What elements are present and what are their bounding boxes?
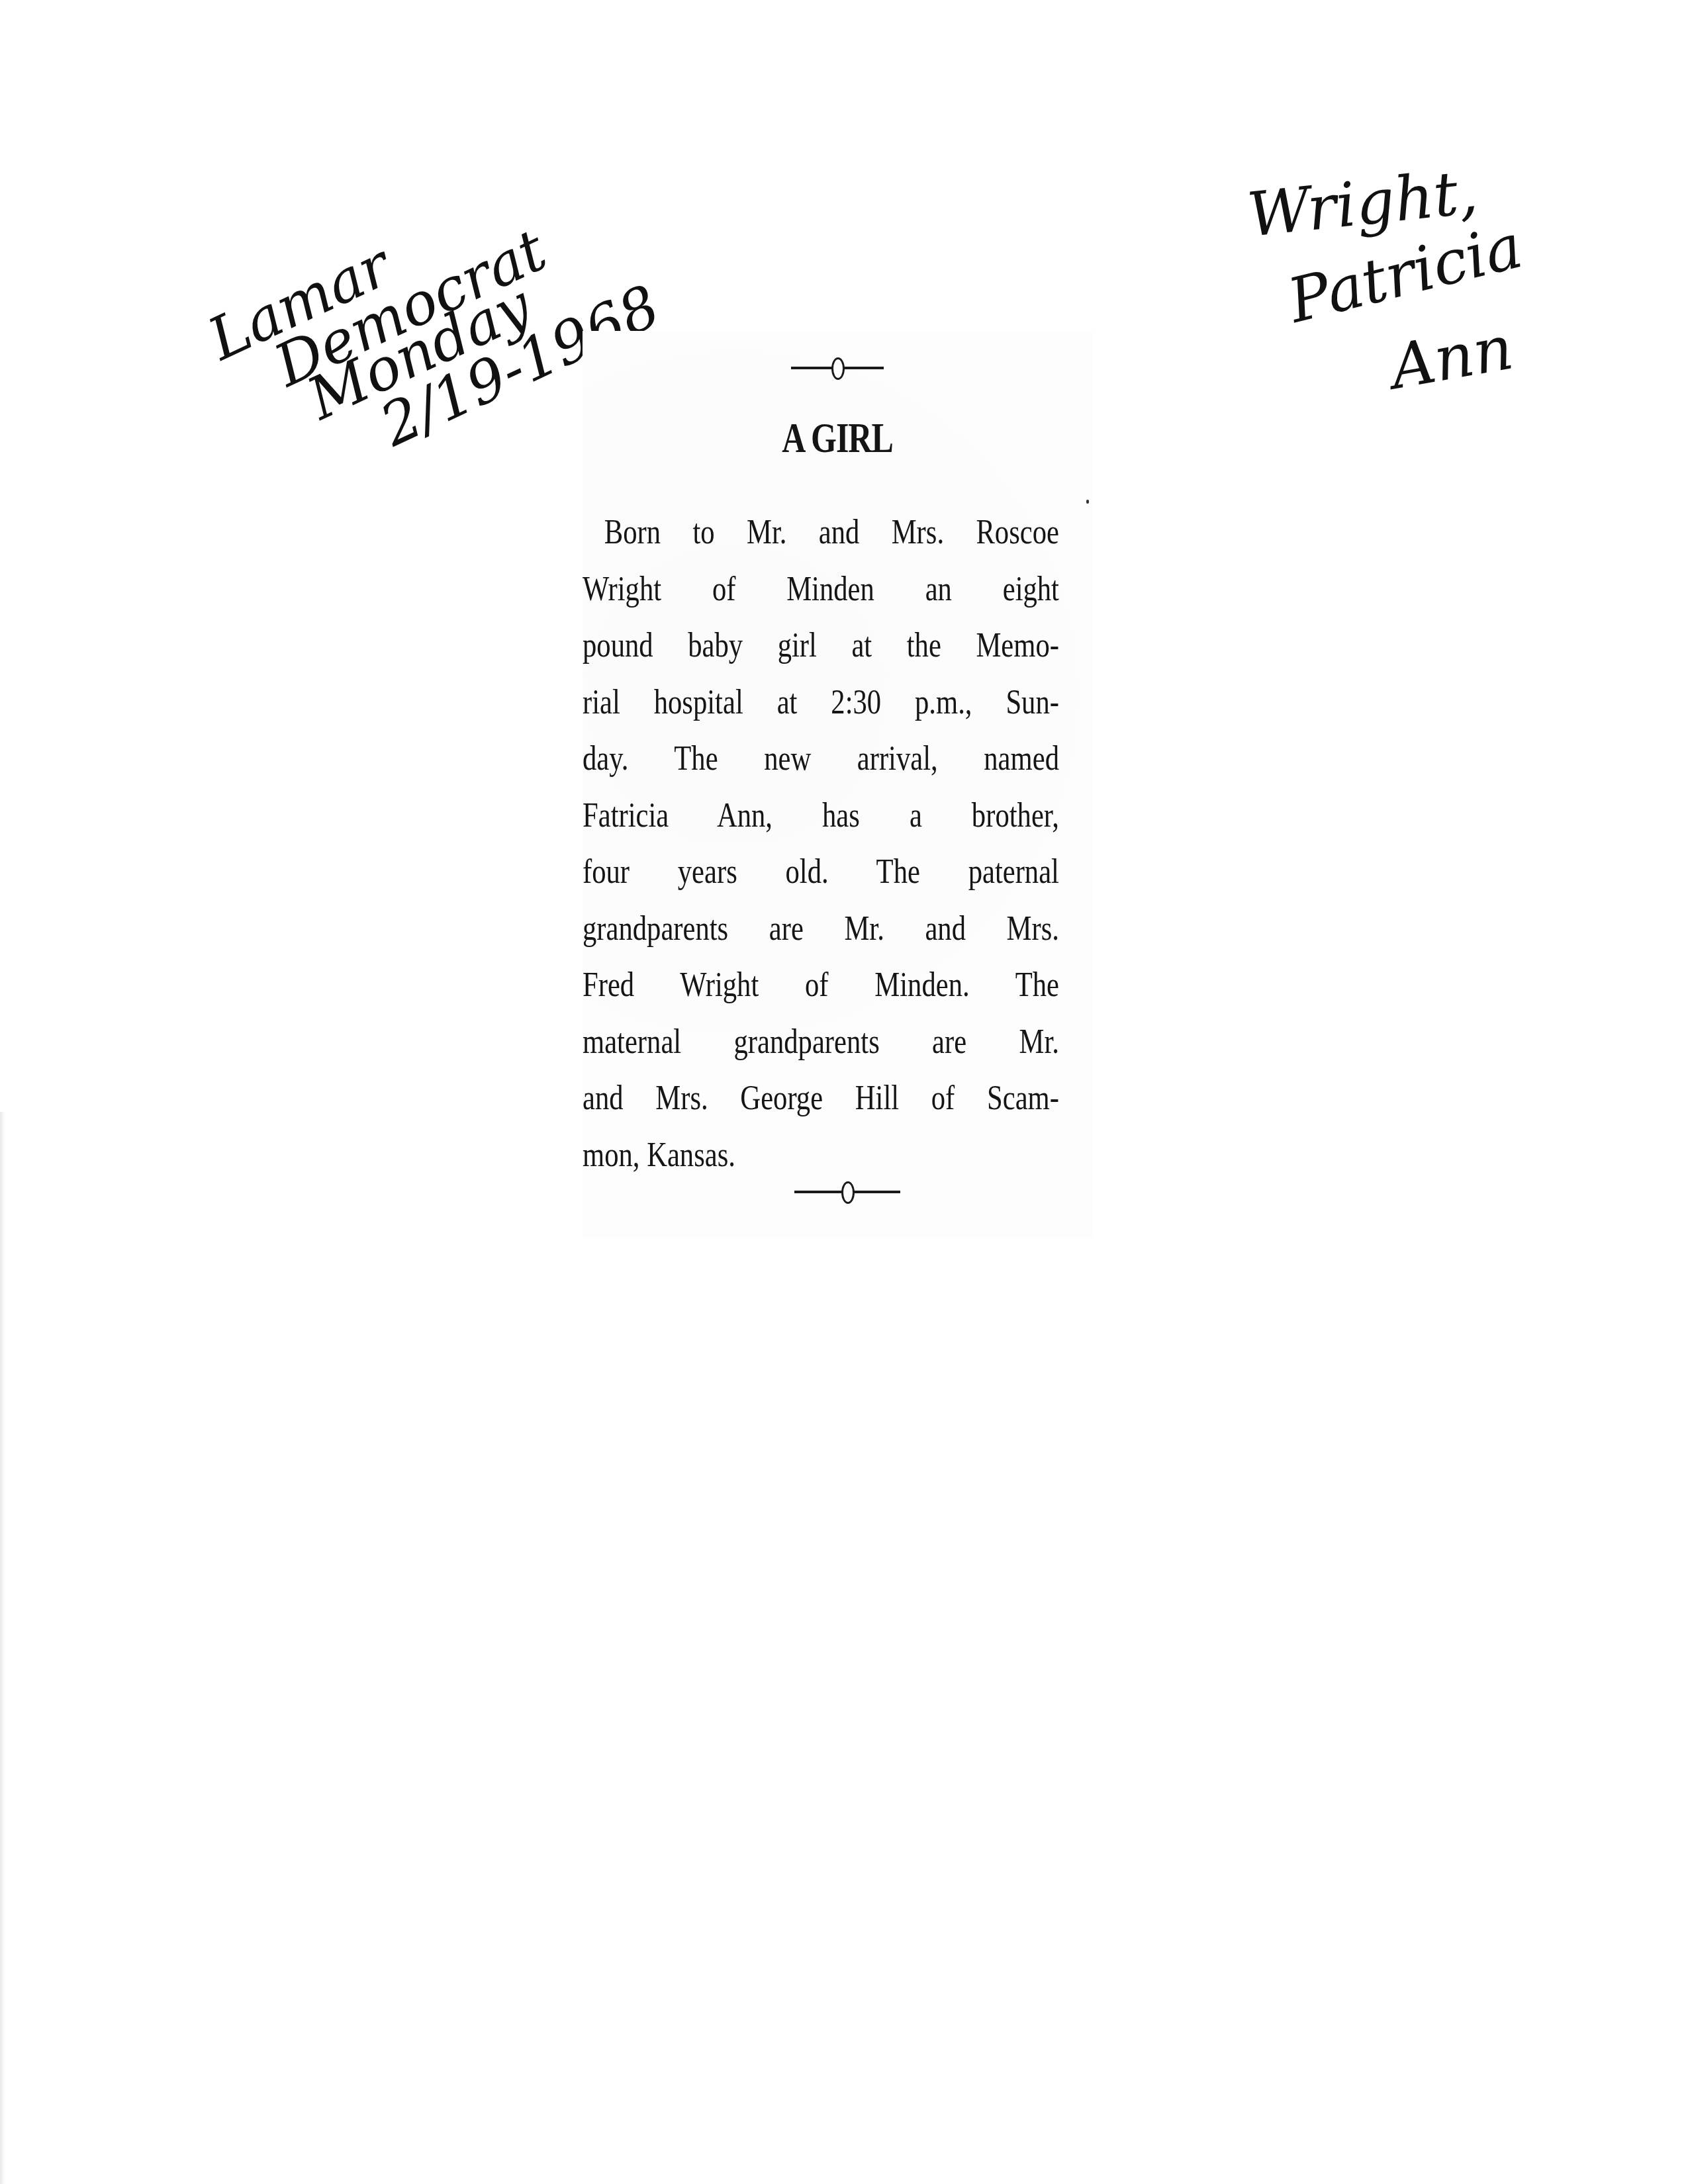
- article-line: Fatricia Ann, has a brother,: [583, 788, 1059, 844]
- article-line: day. The new arrival, named: [583, 731, 1059, 788]
- article-line: mon, Kansas.: [583, 1127, 1059, 1184]
- article-line: grandparents are Mr. and Mrs.: [583, 901, 1059, 958]
- article-line: Fred Wright of Minden. The: [583, 957, 1059, 1014]
- article-body: Born to Mr. and Mrs. Roscoe Wright of Mi…: [583, 504, 1059, 1183]
- scan-speck: [1086, 500, 1089, 504]
- article-line: and Mrs. George Hill of Scam-: [583, 1070, 1059, 1127]
- article-line: rial hospital at 2:30 p.m., Sun-: [583, 674, 1059, 731]
- handwritten-name-note: Wright, Patricia Ann: [1244, 172, 1562, 424]
- article-line: Born to Mr. and Mrs. Roscoe: [583, 504, 1059, 561]
- article-line: four years old. The paternal: [583, 844, 1059, 901]
- article-line: pound baby girl at the Memo-: [583, 617, 1059, 674]
- newspaper-clipping: A GIRL Born to Mr. and Mrs. Roscoe Wrigh…: [583, 331, 1092, 1238]
- ornamental-rule-icon: [791, 357, 884, 379]
- scan-edge-shadow: [0, 1112, 5, 2184]
- ornamental-rule-icon: [794, 1181, 900, 1203]
- article-line: Wright of Minden an eight: [583, 561, 1059, 618]
- article-headline: A GIRL: [583, 414, 1092, 462]
- article-line: maternal grandparents are Mr.: [583, 1014, 1059, 1071]
- handwritten-middle-name: Ann: [1386, 317, 1517, 398]
